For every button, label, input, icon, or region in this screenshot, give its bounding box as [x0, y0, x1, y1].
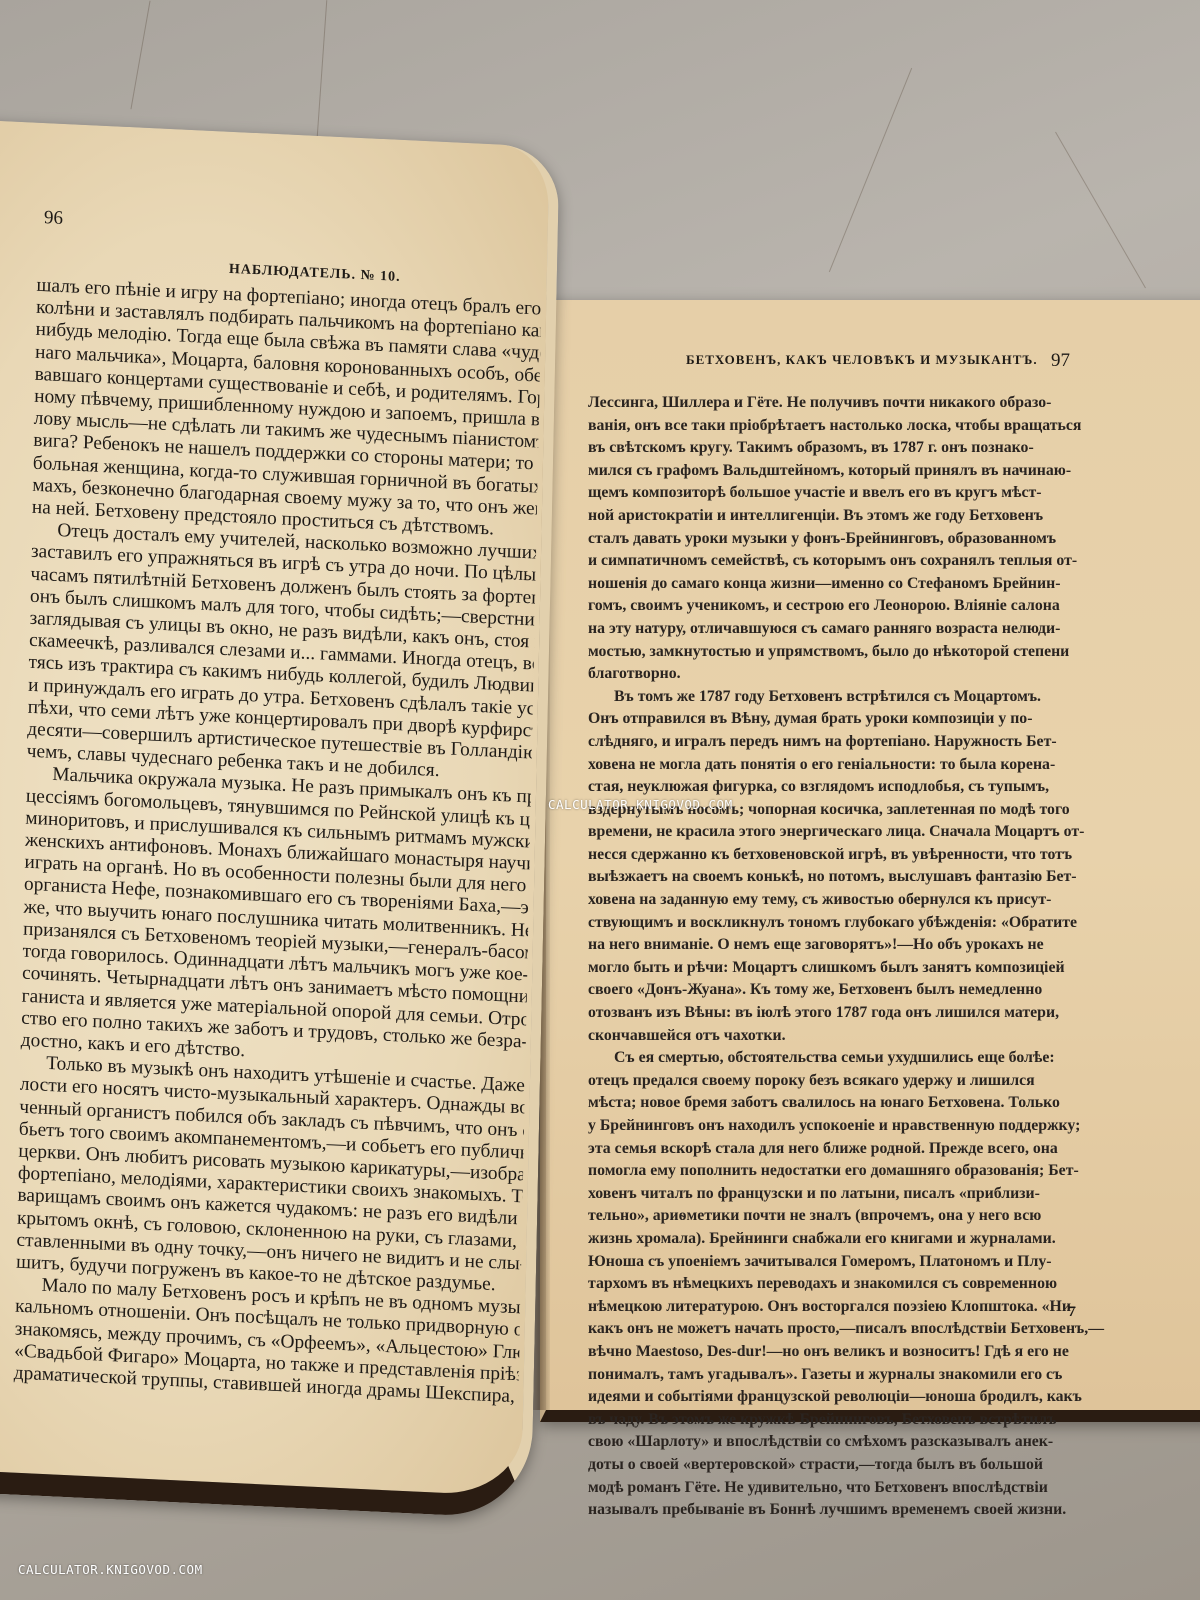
text-line: стая, неуклюжая фигурка, со взглядомъ ис…	[588, 776, 1138, 799]
text-line: въ свѣтскомъ кругу. Такимъ образомъ, въ …	[588, 437, 1138, 460]
text-line: въ чаду. Въ этомъ же кружкѣ Брейнинговъ,…	[588, 1409, 1138, 1432]
text-line: на эту натуру, отличавшуюся съ самаго ра…	[588, 618, 1138, 641]
background-texture	[829, 68, 912, 272]
text-line: мѣста; новое бремя заботъ свалилось на ю…	[588, 1092, 1138, 1115]
watermark-bottom-left: CALCULATOR.KNIGOVOD.COM	[18, 1562, 203, 1577]
text-line: на него вниманіе. О немъ еще заговорятъ»…	[588, 934, 1138, 957]
text-line: Юноша съ упоеніемъ зачитывался Гомеромъ,…	[588, 1251, 1138, 1274]
text-line: щемъ композиторѣ большое участіе и ввелъ…	[588, 482, 1138, 505]
page-number: 96	[44, 207, 63, 230]
watermark-center: CALCULATOR.KNIGOVOD.COM	[548, 797, 733, 812]
text-line: несся сдержанно къ бетховеновской игрѣ, …	[588, 844, 1138, 867]
text-line: своего «Донъ-Жуана». Къ тому же, Бетхове…	[588, 979, 1138, 1002]
signature-mark: 7	[1068, 1304, 1076, 1321]
body-text: шалъ его пѣніе и игру на фортепіано; ино…	[14, 275, 542, 1409]
text-line: понималъ, тамъ угадывалъ». Газеты и журн…	[588, 1364, 1138, 1387]
text-line: и симпатичномъ семействѣ, съ которымъ он…	[588, 550, 1138, 573]
text-line: выѣзжаетъ на своемъ конькѣ, но потомъ, в…	[588, 866, 1138, 889]
text-line: жизнь хромала). Брейнинги снабжали его к…	[588, 1228, 1138, 1251]
text-line: какъ онъ не можетъ начать просто,—писалъ…	[588, 1318, 1138, 1341]
text-line: мился съ графомъ Вальдштейномъ, который …	[588, 460, 1138, 483]
text-line: сталъ давать уроки музыки у фонъ-Брейнин…	[588, 528, 1138, 551]
text-line: тархомъ въ нѣмецкихъ переводахъ и знаком…	[588, 1273, 1138, 1296]
text-line: времени, не красила этого энергическаго …	[588, 821, 1138, 844]
page-number: 97	[1051, 350, 1070, 372]
text-line: называлъ пребываніе въ Боннѣ лучшимъ вре…	[588, 1499, 1138, 1522]
text-line: доты о своей «вертеровской» страсти,—тог…	[588, 1454, 1138, 1477]
body-text: Лессинга, Шиллера и Гёте. Не получивъ по…	[588, 392, 1138, 1522]
background-texture	[130, 1, 150, 110]
left-page: 96 НАБЛЮДАТЕЛЬ. № 10. шалъ его пѣніе и и…	[0, 120, 560, 1519]
text-line: слѣдняго, и игралъ передъ нимъ на фортеп…	[588, 731, 1138, 754]
text-line: помогла ему пополнить недостатки его дом…	[588, 1160, 1138, 1183]
running-head: НАБЛЮДАТЕЛЬ. № 10.	[229, 262, 401, 286]
text-line: благотворно.	[588, 663, 1138, 686]
right-page: БЕТХОВЕНЪ, КАКЪ ЧЕЛОВѢКЪ И МУЗЫКАНТЪ. 97…	[540, 300, 1200, 1422]
running-head: БЕТХОВЕНЪ, КАКЪ ЧЕЛОВѢКЪ И МУЗЫКАНТЪ.	[686, 352, 1038, 368]
text-line: свою «Шарлоту» и впослѣдствіи со смѣхомъ…	[588, 1431, 1138, 1454]
text-line: Въ томъ же 1787 году Бетховенъ встрѣтилс…	[588, 686, 1138, 709]
text-line: мостью, замкнутостью и упрямствомъ, было…	[588, 641, 1138, 664]
text-line: у Брейнинговъ онъ находилъ успокоеніе и …	[588, 1115, 1138, 1138]
text-line: ствующимъ и воскликнулъ тономъ глубокаго…	[588, 912, 1138, 935]
text-line: ной аристократіи и интеллигенціи. Въ это…	[588, 505, 1138, 528]
text-line: ховена на заданную ему тему, съ живостью…	[588, 889, 1138, 912]
text-line: вѣчно Maestoso, Des-dur!—но онъ великъ и…	[588, 1341, 1138, 1364]
text-line: могло быть и рѣчи: Моцартъ слишкомъ былъ…	[588, 957, 1138, 980]
text-line: ванія, онъ все таки пріобрѣтаетъ настоль…	[588, 415, 1138, 438]
text-line: ховена не могла дать понятія о его геніа…	[588, 754, 1138, 777]
text-line: идеями и событіями французской революціи…	[588, 1386, 1138, 1409]
text-line: гомъ, своимъ ученикомъ, и сестрою его Ле…	[588, 595, 1138, 618]
text-line: ношенія до самаго конца жизни—именно со …	[588, 573, 1138, 596]
text-line: ховенъ читалъ по французски и по латыни,…	[588, 1183, 1138, 1206]
text-line: скончавшейся отъ чахотки.	[588, 1025, 1138, 1048]
background-texture	[1055, 132, 1146, 288]
text-line: отозванъ изъ Вѣны: въ іюлѣ этого 1787 го…	[588, 1002, 1138, 1025]
text-line: отецъ предался своему пороку безъ всякаг…	[588, 1070, 1138, 1093]
text-line: эта семья вскорѣ стала для него ближе ро…	[588, 1138, 1138, 1161]
text-line: тельно», ариѳметики почти не зналъ (впро…	[588, 1205, 1138, 1228]
text-line: Лессинга, Шиллера и Гёте. Не получивъ по…	[588, 392, 1138, 415]
text-line: Съ ея смертью, обстоятельства семьи ухуд…	[588, 1047, 1138, 1070]
text-line: нѣмецкою литературою. Онъ восторгался по…	[588, 1296, 1138, 1319]
text-line: Онъ отправился въ Вѣну, думая брать урок…	[588, 708, 1138, 731]
text-line: модѣ романъ Гёте. Не удивительно, что Бе…	[588, 1477, 1138, 1500]
